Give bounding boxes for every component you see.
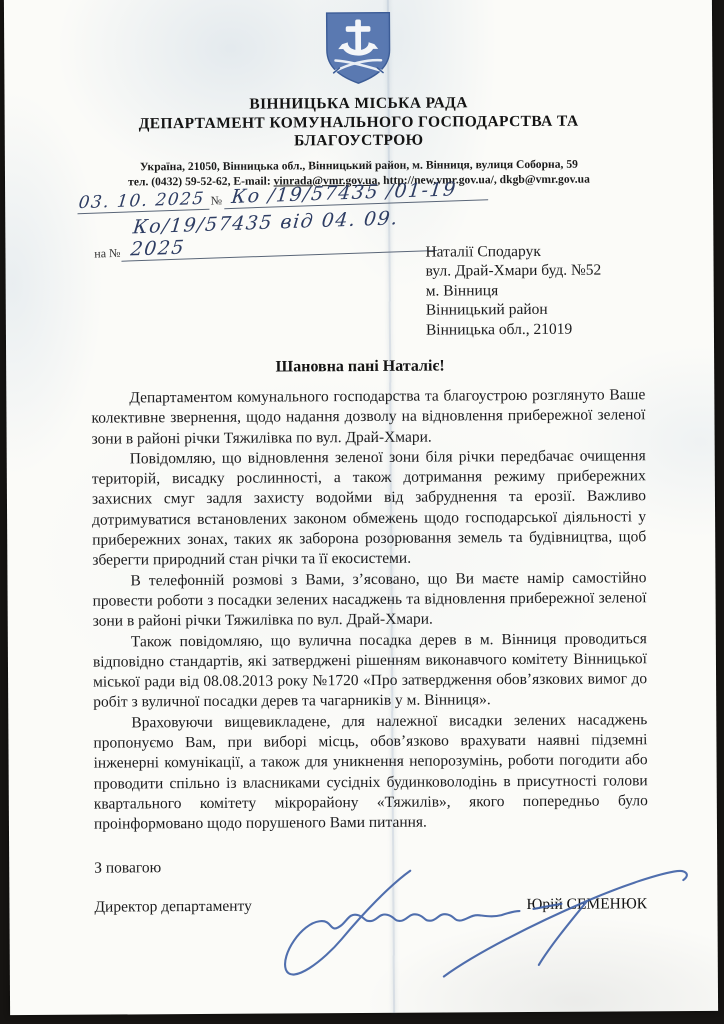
body-paragraph: Враховуючи вищевикладене, для належної в… — [93, 710, 648, 835]
vinnytsia-coat-of-arms-icon — [320, 9, 396, 87]
closing-regards: З повагою — [94, 859, 161, 877]
recipient-name: Наталії Сподарук — [425, 242, 601, 262]
body-paragraph: В телефонній розмові з Вами, з’ясовано, … — [92, 568, 646, 632]
salutation: Шановна пані Наталіє! — [6, 356, 714, 378]
letterhead: ВІННИЦЬКА МІСЬКА РАДА ДЕПАРТАМЕНТ КОМУНА… — [4, 7, 713, 190]
scanned-letter-page: ВІННИЦЬКА МІСЬКА РАДА ДЕПАРТАМЕНТ КОМУНА… — [4, 0, 718, 1015]
handwritten-signature-icon — [275, 863, 708, 986]
signer-position: Директор департаменту — [94, 898, 252, 917]
org-name-line3: БЛАГОУСТРОЮ — [5, 130, 713, 153]
recipient-region-zip: Вінницька обл., 21019 — [426, 319, 602, 339]
outgoing-date-handwritten: 03. 10. 2025 — [77, 189, 211, 215]
body-paragraph: Також повідомляю, що вулична посадка дер… — [93, 629, 647, 714]
recipient-street: вул. Драй-Хмари буд. №52 — [426, 261, 602, 281]
recipient-city: м. Вінниця — [426, 280, 602, 300]
recipient-block: Наталії Сподарук вул. Драй-Хмари буд. №5… — [425, 242, 601, 340]
recipient-district: Вінницький район — [426, 300, 602, 320]
body-paragraph: Повідомляю, що відновлення зеленої зони … — [92, 446, 647, 571]
body-paragraph: Департаментом комунального господарства … — [91, 385, 645, 449]
reply-to-label: на № — [94, 246, 125, 263]
incoming-number-handwritten: Ко/19/57435 від 04. 09. 2025 — [122, 206, 443, 262]
letter-body: Департаментом комунального господарства … — [91, 385, 648, 835]
